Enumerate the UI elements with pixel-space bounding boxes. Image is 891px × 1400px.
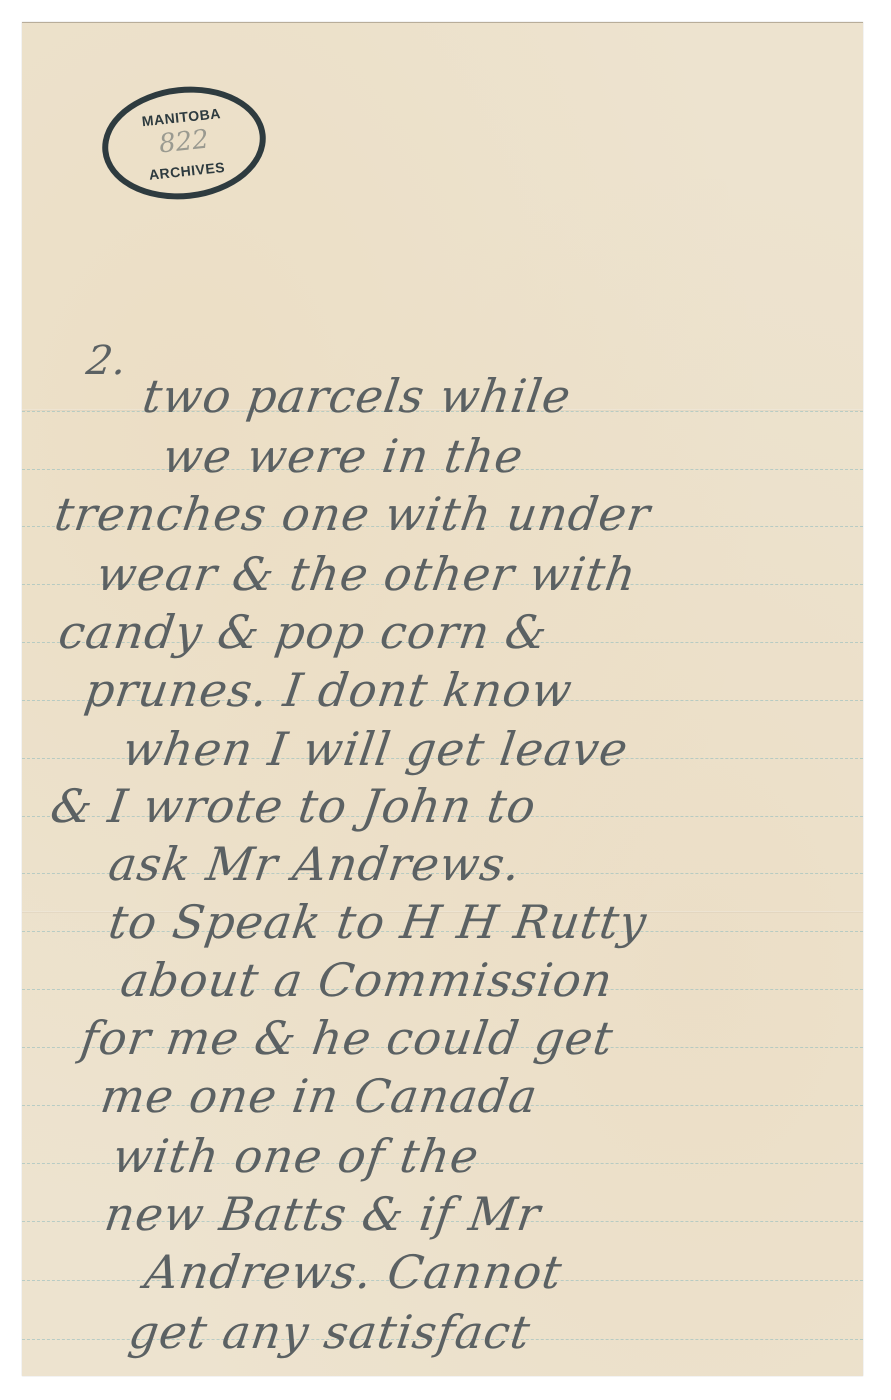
letter-line: me one in Canada	[98, 1073, 541, 1119]
letter-line: trenches one with under	[52, 491, 654, 537]
letter-line: & I wrote to John to	[48, 783, 539, 829]
page-number: 2.	[84, 341, 130, 381]
letter-line: to Speak to H H Rutty	[106, 899, 650, 945]
letter-line: new Batts & if Mr	[102, 1191, 544, 1237]
letter-line: ask Mr Andrews.	[106, 841, 524, 887]
letter-page: MANITOBA 822 ARCHIVES 2. two parcels whi…	[22, 22, 863, 1376]
letter-line: Andrews. Cannot	[142, 1249, 565, 1295]
letter-line: two parcels while	[140, 373, 574, 419]
letter-line: about a Commission	[118, 957, 616, 1003]
archive-stamp: MANITOBA 822 ARCHIVES	[97, 79, 272, 208]
letter-line: prunes. I dont know	[82, 667, 575, 713]
letter-line: when I will get leave	[120, 726, 631, 772]
letter-line: for me & he could get	[78, 1015, 616, 1061]
letter-line: wear & the other with	[94, 551, 639, 597]
letter-line: candy & pop corn &	[56, 609, 551, 655]
letter-line: get any satisfact	[126, 1309, 533, 1355]
letter-line: with one of the	[110, 1133, 482, 1179]
letter-line: we were in the	[160, 433, 526, 479]
